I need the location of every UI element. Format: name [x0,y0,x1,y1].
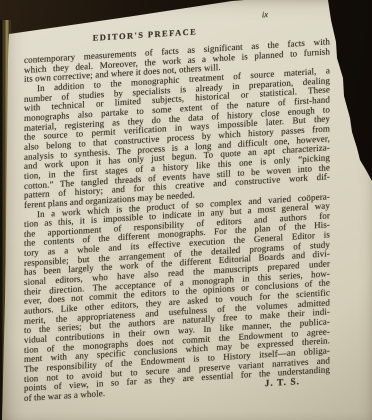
body-text: contemporary measurements of facts as si… [24,37,330,403]
page-text-block: ix EDITOR'S PREFACE contemporary measure… [24,5,330,404]
book-photo: ix EDITOR'S PREFACE contemporary measure… [0,0,372,420]
book-page: ix EDITOR'S PREFACE contemporary measure… [0,0,372,420]
